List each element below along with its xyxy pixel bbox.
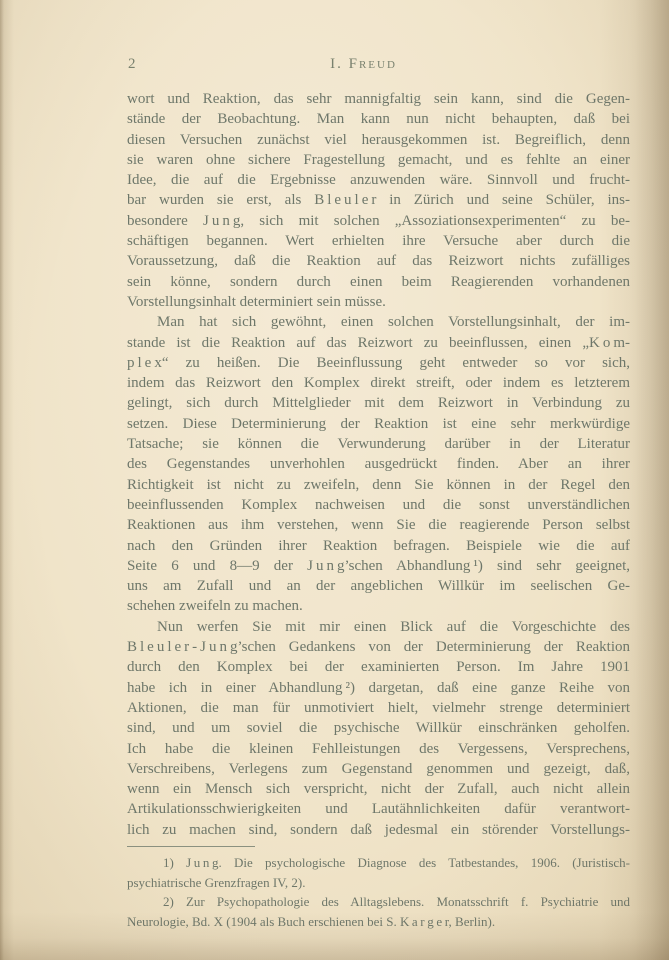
text-line: des Gegenstandes unverhohlen ausgedrückt… xyxy=(127,454,630,474)
paragraph: Man hat sich gewöhnt, einen solchen Vors… xyxy=(127,312,630,616)
text-line: sie waren ohne sichere Fragestellung gem… xyxy=(127,150,630,170)
text-line: gelingt, sich durch Mittelglieder mit de… xyxy=(127,393,630,413)
text-line: nach den Gründen ihrer Reaktion befragen… xyxy=(127,536,630,556)
text-line: stande ist die Reaktion auf das Reizwort… xyxy=(127,333,630,353)
text-line: lich zu machen sind, sondern daß jedesma… xyxy=(127,820,630,840)
text-line: Voraussetzung, daß die Reaktion auf das … xyxy=(127,251,630,271)
body-text: wort und Reaktion, das sehr mannigfaltig… xyxy=(127,89,630,840)
text-line: indem das Reizwort den Komplex direkt st… xyxy=(127,373,630,393)
text-line: wenn ein Mensch sich verspricht, nicht d… xyxy=(127,779,630,799)
text-line: Neurologie, Bd. X (1904 als Buch erschie… xyxy=(127,912,630,932)
text-line: Artikulationsschwierigkeiten und Lautähn… xyxy=(127,799,630,819)
text-line: habe ich in einer Abhandlung ²) dargetan… xyxy=(127,678,630,698)
text-line: Verschreibens, Verlegens zum Gegenstand … xyxy=(127,759,630,779)
text-line: Man hat sich gewöhnt, einen solchen Vors… xyxy=(127,312,630,332)
text-line: diesen Versuchen zunächst viel herausgek… xyxy=(127,130,630,150)
text-line: wort und Reaktion, das sehr mannigfaltig… xyxy=(127,89,630,109)
text-line: 2) Zur Psychopathologie des Alltagsleben… xyxy=(127,892,630,912)
text-line: Vorstellungsinhalt determiniert sein müs… xyxy=(127,292,630,312)
scanned-page: 2 I. Freud wort und Reaktion, das sehr m… xyxy=(0,0,669,960)
text-line: Ich habe die kleinen Fehlleistungen des … xyxy=(127,739,630,759)
text-line: setzen. Diese Determinierung der Reaktio… xyxy=(127,414,630,434)
footnote-rule xyxy=(127,846,255,847)
text-line: Richtigkeit ist nicht zu zweifeln, denn … xyxy=(127,475,630,495)
text-line: Nun werfen Sie mit mir einen Blick auf d… xyxy=(127,617,630,637)
text-line: Aktionen, die man für unmotiviert hielt,… xyxy=(127,698,630,718)
text-line: schäftigen begannen. Wert erhielten ihre… xyxy=(127,231,630,251)
footnotes: 1) J u n g. Die psychologische Diagnose … xyxy=(127,853,630,931)
running-head: I. Freud xyxy=(127,55,600,73)
text-line: 1) J u n g. Die psychologische Diagnose … xyxy=(127,853,630,873)
text-line: sind, und um soviel die psychische Willk… xyxy=(127,718,630,738)
text-line: besondere J u n g, sich mit solchen „Ass… xyxy=(127,211,630,231)
text-line: B l e u l e r - J u n g’schen Gedankens … xyxy=(127,637,630,657)
text-line: Idee, die auf die Ergebnisse anzuwenden … xyxy=(127,170,630,190)
text-line: Reaktionen aus ihm verstehen, wenn Sie d… xyxy=(127,515,630,535)
text-line: uns am Zufall und an der angeblichen Wil… xyxy=(127,576,630,596)
paragraph: Nun werfen Sie mit mir einen Blick auf d… xyxy=(127,617,630,840)
text-line: sein könne, sondern durch einen beim Rea… xyxy=(127,272,630,292)
text-line: p l e x“ zu heißen. Die Beeinflussung ge… xyxy=(127,353,630,373)
text-line: schehen zweifeln zu machen. xyxy=(127,596,630,616)
text-line: durch den Komplex bei der examinierten P… xyxy=(127,657,630,677)
text-line: Tatsache; sie können die Verwunderung da… xyxy=(127,434,630,454)
text-line: psychiatrische Grenzfragen IV, 2). xyxy=(127,873,630,893)
footnote: 1) J u n g. Die psychologische Diagnose … xyxy=(127,853,630,892)
text-line: bar wurden sie erst, als B l e u l e r i… xyxy=(127,190,630,210)
footnote: 2) Zur Psychopathologie des Alltagsleben… xyxy=(127,892,630,931)
text-line: stände der Beobachtung. Man kann nun nic… xyxy=(127,109,630,129)
text-line: Seite 6 und 8—9 der J u n g’schen Abhand… xyxy=(127,556,630,576)
paragraph: wort und Reaktion, das sehr mannigfaltig… xyxy=(127,89,630,312)
text-line: beeinflussenden Komplex nachweisen und d… xyxy=(127,495,630,515)
